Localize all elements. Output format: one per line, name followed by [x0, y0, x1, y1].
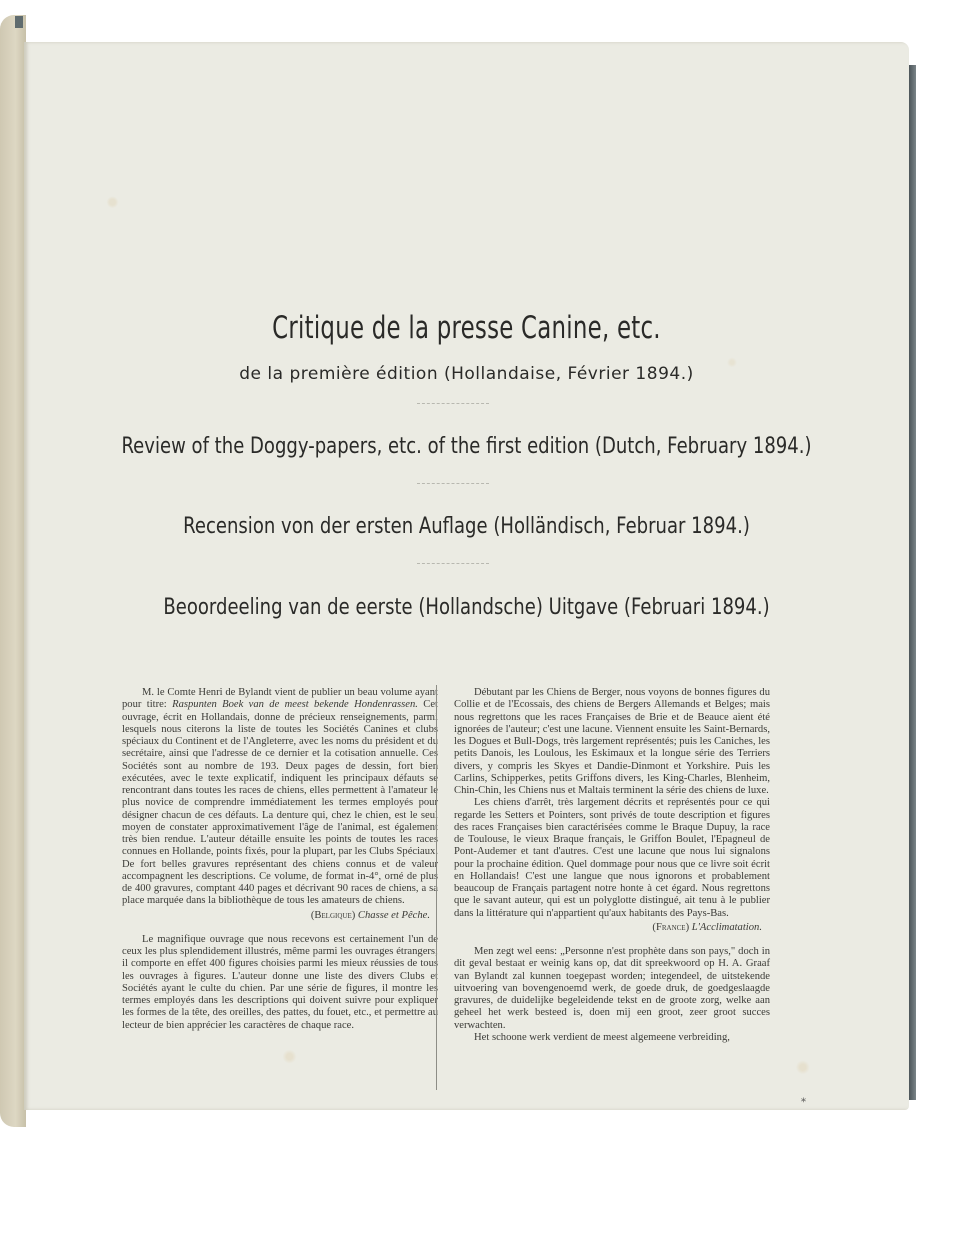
- review-paragraph: Les chiens d'arrêt, très largement décri…: [454, 797, 770, 920]
- ornamental-rule: [417, 483, 489, 484]
- source-citation: (France) L'Acclimatation.: [454, 922, 770, 934]
- dutch-review-paragraph: Men zegt wel eens: „Personne n'est proph…: [454, 946, 770, 1032]
- review-belgique: M. le Comte Henri de Bylandt vient de pu…: [122, 687, 438, 908]
- review-paragraph: Le magnifique ouvrage que nous recevons …: [122, 934, 438, 1032]
- book-cover-left: [0, 15, 26, 1127]
- dutch-heading: Beoordeeling van de eerste (Hollandsche)…: [104, 595, 830, 620]
- book-edge-right: [909, 65, 916, 1100]
- book-title: Raspunten Boek van de meest bekende Hond…: [172, 699, 418, 710]
- page-title: Critique de la presse Canine, etc.: [104, 310, 830, 346]
- ornamental-rule: [417, 403, 489, 404]
- french-subtitle: de la première édition (Hollandaise, Fév…: [24, 364, 909, 384]
- book-page: Critique de la presse Canine, etc. de la…: [24, 42, 909, 1110]
- footnote-mark: *: [801, 1097, 806, 1108]
- source-citation: (Belgique) Chasse et Pêche.: [122, 910, 438, 922]
- review-paragraph: Débutant par les Chiens de Berger, nous …: [454, 687, 770, 797]
- ornamental-rule: [417, 563, 489, 564]
- german-heading: Recension von der ersten Auflage (Hollän…: [104, 514, 830, 539]
- cover-board-edge: [15, 16, 23, 28]
- column-divider: [436, 685, 437, 1090]
- dutch-review-paragraph: Het schoone werk verdient de meest algem…: [454, 1032, 770, 1044]
- right-column: Débutant par les Chiens de Berger, nous …: [454, 687, 770, 1044]
- english-heading: Review of the Doggy-papers, etc. of the …: [104, 434, 830, 459]
- left-column: M. le Comte Henri de Bylandt vient de pu…: [122, 687, 438, 1032]
